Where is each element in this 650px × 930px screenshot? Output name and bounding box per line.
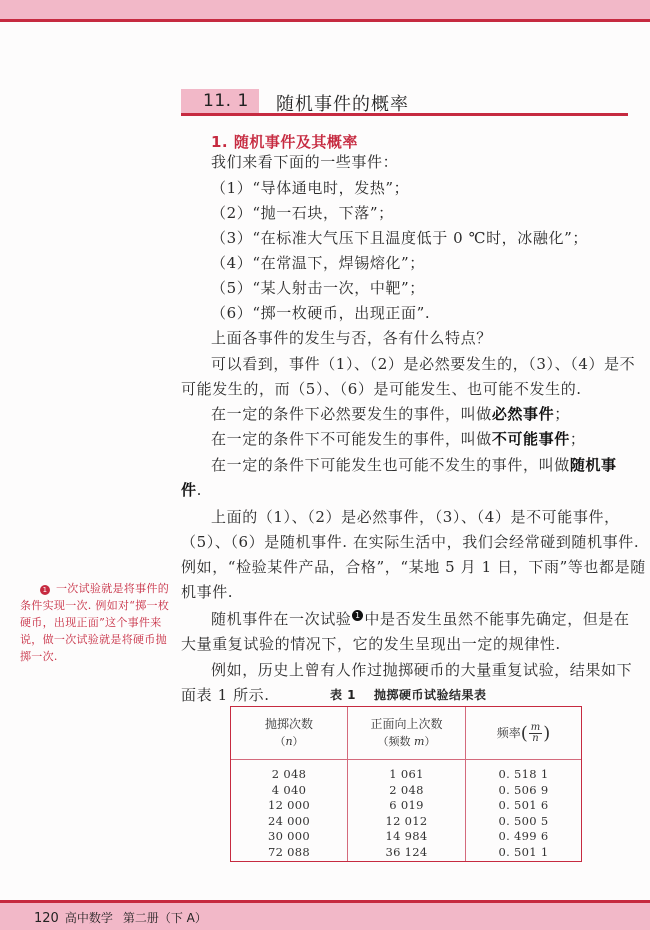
- top-decorative-band: [0, 0, 650, 19]
- section-header: 11. 1 随机事件的概率: [181, 89, 628, 116]
- definition-random-event-cont: 件.: [181, 480, 202, 500]
- column-frequency-values: 0. 518 1 0. 506 9 0. 501 6 0. 500 5 0. 4…: [466, 767, 581, 860]
- fraction-m-over-n: mn: [529, 723, 542, 744]
- cell: 1 061: [348, 767, 465, 783]
- volume-label: 第二册（下 A）: [123, 911, 207, 925]
- cell: 0. 501 6: [466, 798, 581, 814]
- event-2: （2）“抛一石块，下落”；: [211, 203, 394, 223]
- page-footer: 120高中数学第二册（下 A）: [34, 909, 207, 926]
- header-frequency: 频率(mn): [466, 707, 581, 759]
- footnote-number-icon: 1: [40, 585, 50, 595]
- table-caption: 表 1抛掷硬币试验结果表: [330, 686, 487, 703]
- observation-line-1: 可以看到，事件（1）、（2）是必然要发生的，（3）、（4）是不: [211, 354, 635, 374]
- header-label: 抛掷次数: [265, 716, 313, 733]
- definition-text: 在一定的条件下不可能发生的事件，叫做: [211, 430, 492, 448]
- regularity-text: 随机事件在一次试验: [211, 610, 351, 628]
- event-4: （4）“在常温下，焊锡熔化”；: [211, 253, 425, 273]
- definition-text: 在一定的条件下可能发生也可能不发生的事件，叫做: [211, 456, 570, 474]
- column-m-values: 1 061 2 048 6 019 12 012 14 984 36 124: [348, 767, 465, 860]
- definition-certain-event: 在一定的条件下必然要发生的事件，叫做必然事件；: [211, 404, 570, 424]
- header-toss-count: 抛掷次数 （n）: [231, 707, 347, 759]
- cell: 12 000: [231, 798, 347, 814]
- definition-text: 在一定的条件下必然要发生的事件，叫做: [211, 405, 492, 423]
- definition-impossible-event: 在一定的条件下不可能发生的事件，叫做不可能事件；: [211, 429, 585, 449]
- cell: 36 124: [348, 845, 465, 861]
- margin-footnote: 1一次试验就是将事件的条件实现一次. 例如对“掷一枚硬币，出现正面”这个事件来说…: [20, 580, 170, 665]
- cell: 2 048: [348, 783, 465, 799]
- intro-text: 我们来看下面的一些事件：: [211, 152, 398, 172]
- regularity-line-1: 随机事件在一次试验1中是否发生虽然不能事先确定，但是在: [211, 609, 630, 629]
- book-title: 高中数学: [65, 911, 113, 925]
- cell: 0. 499 6: [466, 829, 581, 845]
- page-number: 120: [34, 911, 59, 926]
- section-underline: [181, 113, 628, 116]
- cell: 72 088: [231, 845, 347, 861]
- punctuation: ；: [554, 405, 570, 423]
- term-random-event: 随机事: [570, 456, 617, 474]
- cell: 0. 518 1: [466, 767, 581, 783]
- example-line-2: 面表 1 所示.: [181, 685, 270, 705]
- section-number-box: 11. 1: [181, 89, 259, 113]
- regularity-text: 中是否发生虽然不能事先确定，但是在: [364, 610, 629, 628]
- header-label: 正面向上次数: [370, 716, 442, 733]
- section-number: 11. 1: [203, 91, 249, 111]
- cell: 14 984: [348, 829, 465, 845]
- cell: 30 000: [231, 829, 347, 845]
- cell: 0. 500 5: [466, 814, 581, 830]
- regularity-line-2: 大量重复试验的情况下，它的发生呈现出一定的规律性.: [181, 634, 561, 654]
- punctuation: .: [197, 481, 202, 499]
- question-text: 上面各事件的发生与否，各有什么特点？: [211, 328, 492, 348]
- table-title: 抛掷硬币试验结果表: [374, 688, 487, 702]
- example-line-1: 例如，历史上曾有人作过抛掷硬币的大量重复试验，结果如下: [211, 660, 632, 680]
- event-6: （6）“掷一枚硬币，出现正面”.: [211, 303, 430, 323]
- cell: 0. 506 9: [466, 783, 581, 799]
- term-certain-event: 必然事件: [492, 405, 554, 423]
- definition-random-event: 在一定的条件下可能发生也可能不发生的事件，叫做随机事: [211, 455, 617, 475]
- summary-line-3: 例如，“检验某件产品，合格”，“某地 5 月 1 日，下雨”等也都是随: [181, 557, 646, 577]
- header-divider: [231, 759, 581, 760]
- punctuation: ；: [570, 430, 586, 448]
- summary-line-1: 上面的（1）、（2）是必然事件，（3）、（4）是不可能事件，: [211, 507, 620, 527]
- summary-line-2: （5）、（6）是随机事件. 在实际生活中，我们会经常碰到随机事件.: [181, 532, 639, 552]
- cell: 6 019: [348, 798, 465, 814]
- header-heads-count: 正面向上次数 （频数 m）: [348, 707, 465, 759]
- header-label: 频率(mn): [497, 723, 551, 744]
- column-n-values: 2 048 4 040 12 000 24 000 30 000 72 088: [231, 767, 347, 860]
- observation-line-2: 可能发生的，而（5）、（6）是可能发生、也可能不发生的.: [181, 379, 582, 399]
- footnote-marker[interactable]: 1: [352, 610, 363, 621]
- summary-line-4: 机事件.: [181, 582, 233, 602]
- header-variable: （n）: [274, 733, 303, 750]
- term-random-event-cont: 件: [181, 481, 197, 499]
- cell: 24 000: [231, 814, 347, 830]
- coin-toss-results-table: 抛掷次数 （n） 正面向上次数 （频数 m） 频率(mn) 2 048 4 04…: [230, 706, 582, 862]
- event-3: （3）“在标准大气压下且温度低于 0 ℃时，冰融化”；: [211, 228, 588, 248]
- subheading: 1. 随机事件及其概率: [211, 131, 358, 152]
- top-rule: [0, 19, 650, 22]
- header-variable: （频数 m）: [378, 733, 436, 750]
- term-impossible-event: 不可能事件: [492, 430, 570, 448]
- cell: 12 012: [348, 814, 465, 830]
- cell: 0. 501 1: [466, 845, 581, 861]
- event-1: （1）“导体通电时，发热”；: [211, 178, 409, 198]
- table-label: 表 1: [330, 688, 356, 702]
- cell: 4 040: [231, 783, 347, 799]
- cell: 2 048: [231, 767, 347, 783]
- event-5: （5）“某人射击一次，中靶”；: [211, 278, 425, 298]
